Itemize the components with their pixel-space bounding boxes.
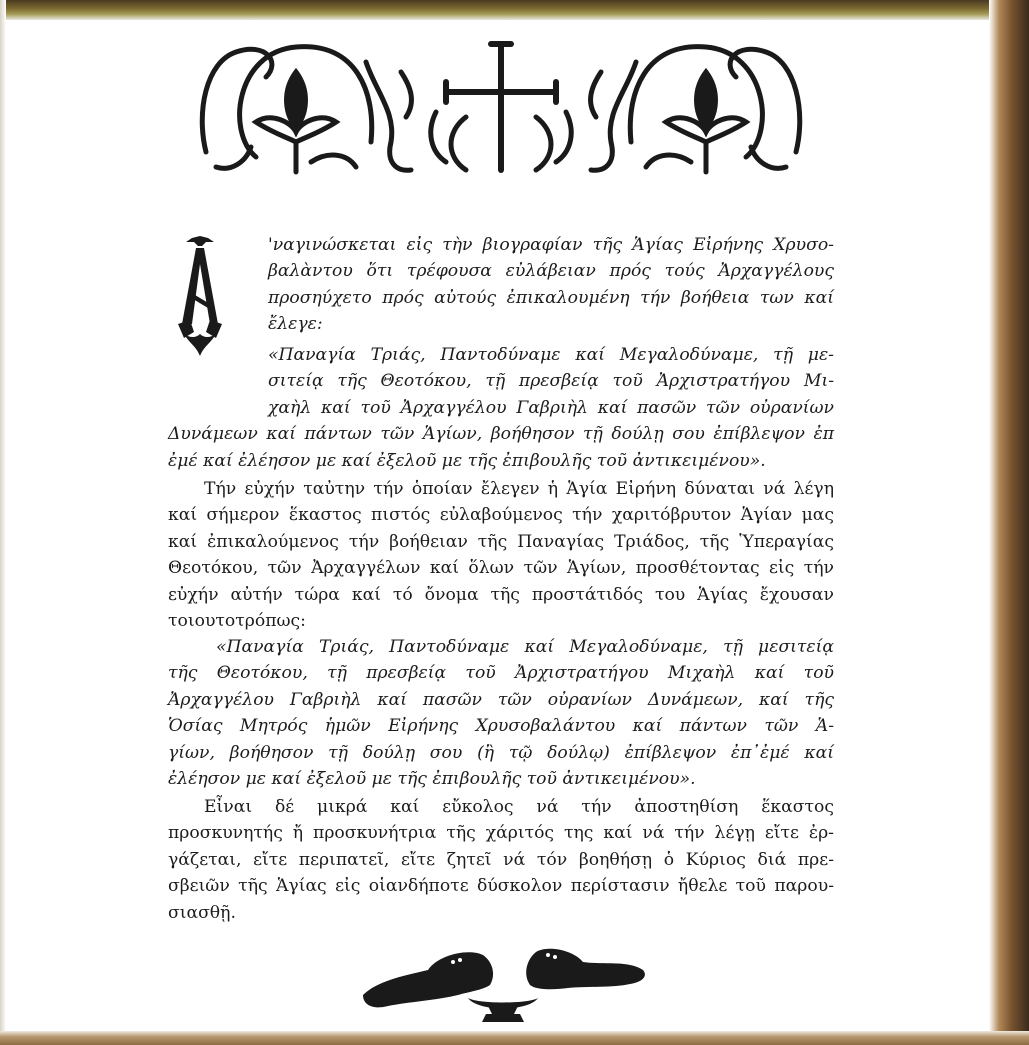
paragraph-2: Τήν εὐχήν ταὐτην τήν ὁποίαν ἔλεγεν ἡ Ἁγί…	[168, 476, 834, 634]
drop-cap-alpha-icon	[170, 234, 230, 359]
text-line: εὐχήν αὐτήν τώρα καί τό ὄνομα τῆς προστά…	[168, 582, 834, 608]
text-line: ἐμέ καί ἐλέησον με καί ἐξελοῦ με τῆς ἐπι…	[168, 448, 834, 474]
birds-chalice-ornament-icon	[358, 940, 648, 1025]
frame-border-top	[0, 0, 1029, 20]
text-line: Δυνάμεων καί πάντων τῶν Ἁγίων, βοήθησον …	[168, 421, 834, 447]
prayer-quote-2: «Παναγία Τριάς, Παντοδύναμε καί Μεγαλοδύ…	[168, 634, 834, 792]
intro-paragraph: 'ναγινώσκεται εἰς τὴν βιογραφίαν τῆς Ἁγί…	[268, 232, 834, 338]
prayer-quote-1: «Παναγία Τριάς, Παντοδύναμε καί Μεγαλοδύ…	[168, 342, 834, 474]
frame-border-right	[989, 0, 1029, 1045]
text-line: γίων, βοήθησον τῇ δούλῃ σου (ἢ τῷ δούλῳ)…	[168, 740, 834, 766]
text-line: ἔλεγε:	[268, 311, 834, 337]
frame-border-bottom	[0, 1031, 1029, 1045]
text-line: Τήν εὐχήν ταὐτην τήν ὁποίαν ἔλεγεν ἡ Ἁγί…	[168, 476, 834, 502]
text-line: Θεοτόκου, τῶν Ἀρχαγγέλων καί ὅλων τῶν Ἁγ…	[168, 555, 834, 581]
text-line: σιασθῇ.	[168, 900, 834, 926]
text-line: Ἀρχαγγέλου Γαβριὴλ καί πασῶν τῶν οὐρανίω…	[168, 687, 834, 713]
text-line: προσηύχετο πρός αὐτούς ἐπικαλουμένη τήν …	[268, 285, 834, 311]
text-line: Εἶναι δέ μικρά καί εὔκολος νά τήν ἀποστη…	[168, 794, 834, 820]
text-line: 'ναγινώσκεται εἰς τὴν βιογραφίαν τῆς Ἁγί…	[268, 232, 834, 258]
text-line: «Παναγία Τριάς, Παντοδύναμε καί Μεγαλοδύ…	[168, 342, 834, 368]
cross-ornament-icon	[196, 32, 806, 180]
text-line: Ὁσίας Μητρός ἡμῶν Εἰρήνης Χρυσοβαλάντου …	[168, 713, 834, 739]
text-line: γάζεται, εἴτε περιπατεῖ, εἴτε ζητεῖ νά τ…	[168, 847, 834, 873]
text-line: «Παναγία Τριάς, Παντοδύναμε καί Μεγαλοδύ…	[168, 634, 834, 660]
text-line: καί ἐπικαλούμενος τήν βοήθειαν τῆς Παναγ…	[168, 529, 834, 555]
text-line: χαὴλ καί τοῦ Ἀρχαγγέλου Γαβριὴλ καί πασῶ…	[168, 395, 834, 421]
text-line: τῆς Θεοτόκου, τῇ πρεσβείᾳ τοῦ Ἀρχιστρατή…	[168, 660, 834, 686]
text-line: τοιουτοτρόπως:	[168, 608, 834, 634]
paragraph-3: Εἶναι δέ μικρά καί εὔκολος νά τήν ἀποστη…	[168, 794, 834, 926]
text-line: προσκυνητής ἤ προσκυνήτρια τῆς χάριτός τ…	[168, 820, 834, 846]
text-line: καί σήμερον ἕκαστος πιστός εὐλαβούμενος …	[168, 502, 834, 528]
text-line: βαλὰντου ὅτι τρέφουσα εὐλάβειαν πρός τού…	[268, 258, 834, 284]
text-line: σβειῶν τῆς Ἁγίας εἰς οἱανδήποτε δύσκολον…	[168, 873, 834, 899]
text-line: ἐλέησον με καί ἐξελοῦ με τῆς ἐπιβουλῆς τ…	[168, 766, 834, 792]
text-line: σιτείᾳ τῆς Θεοτόκου, τῇ πρεσβείᾳ τοῦ Ἀρχ…	[168, 368, 834, 394]
frame-border-left	[0, 0, 6, 1045]
